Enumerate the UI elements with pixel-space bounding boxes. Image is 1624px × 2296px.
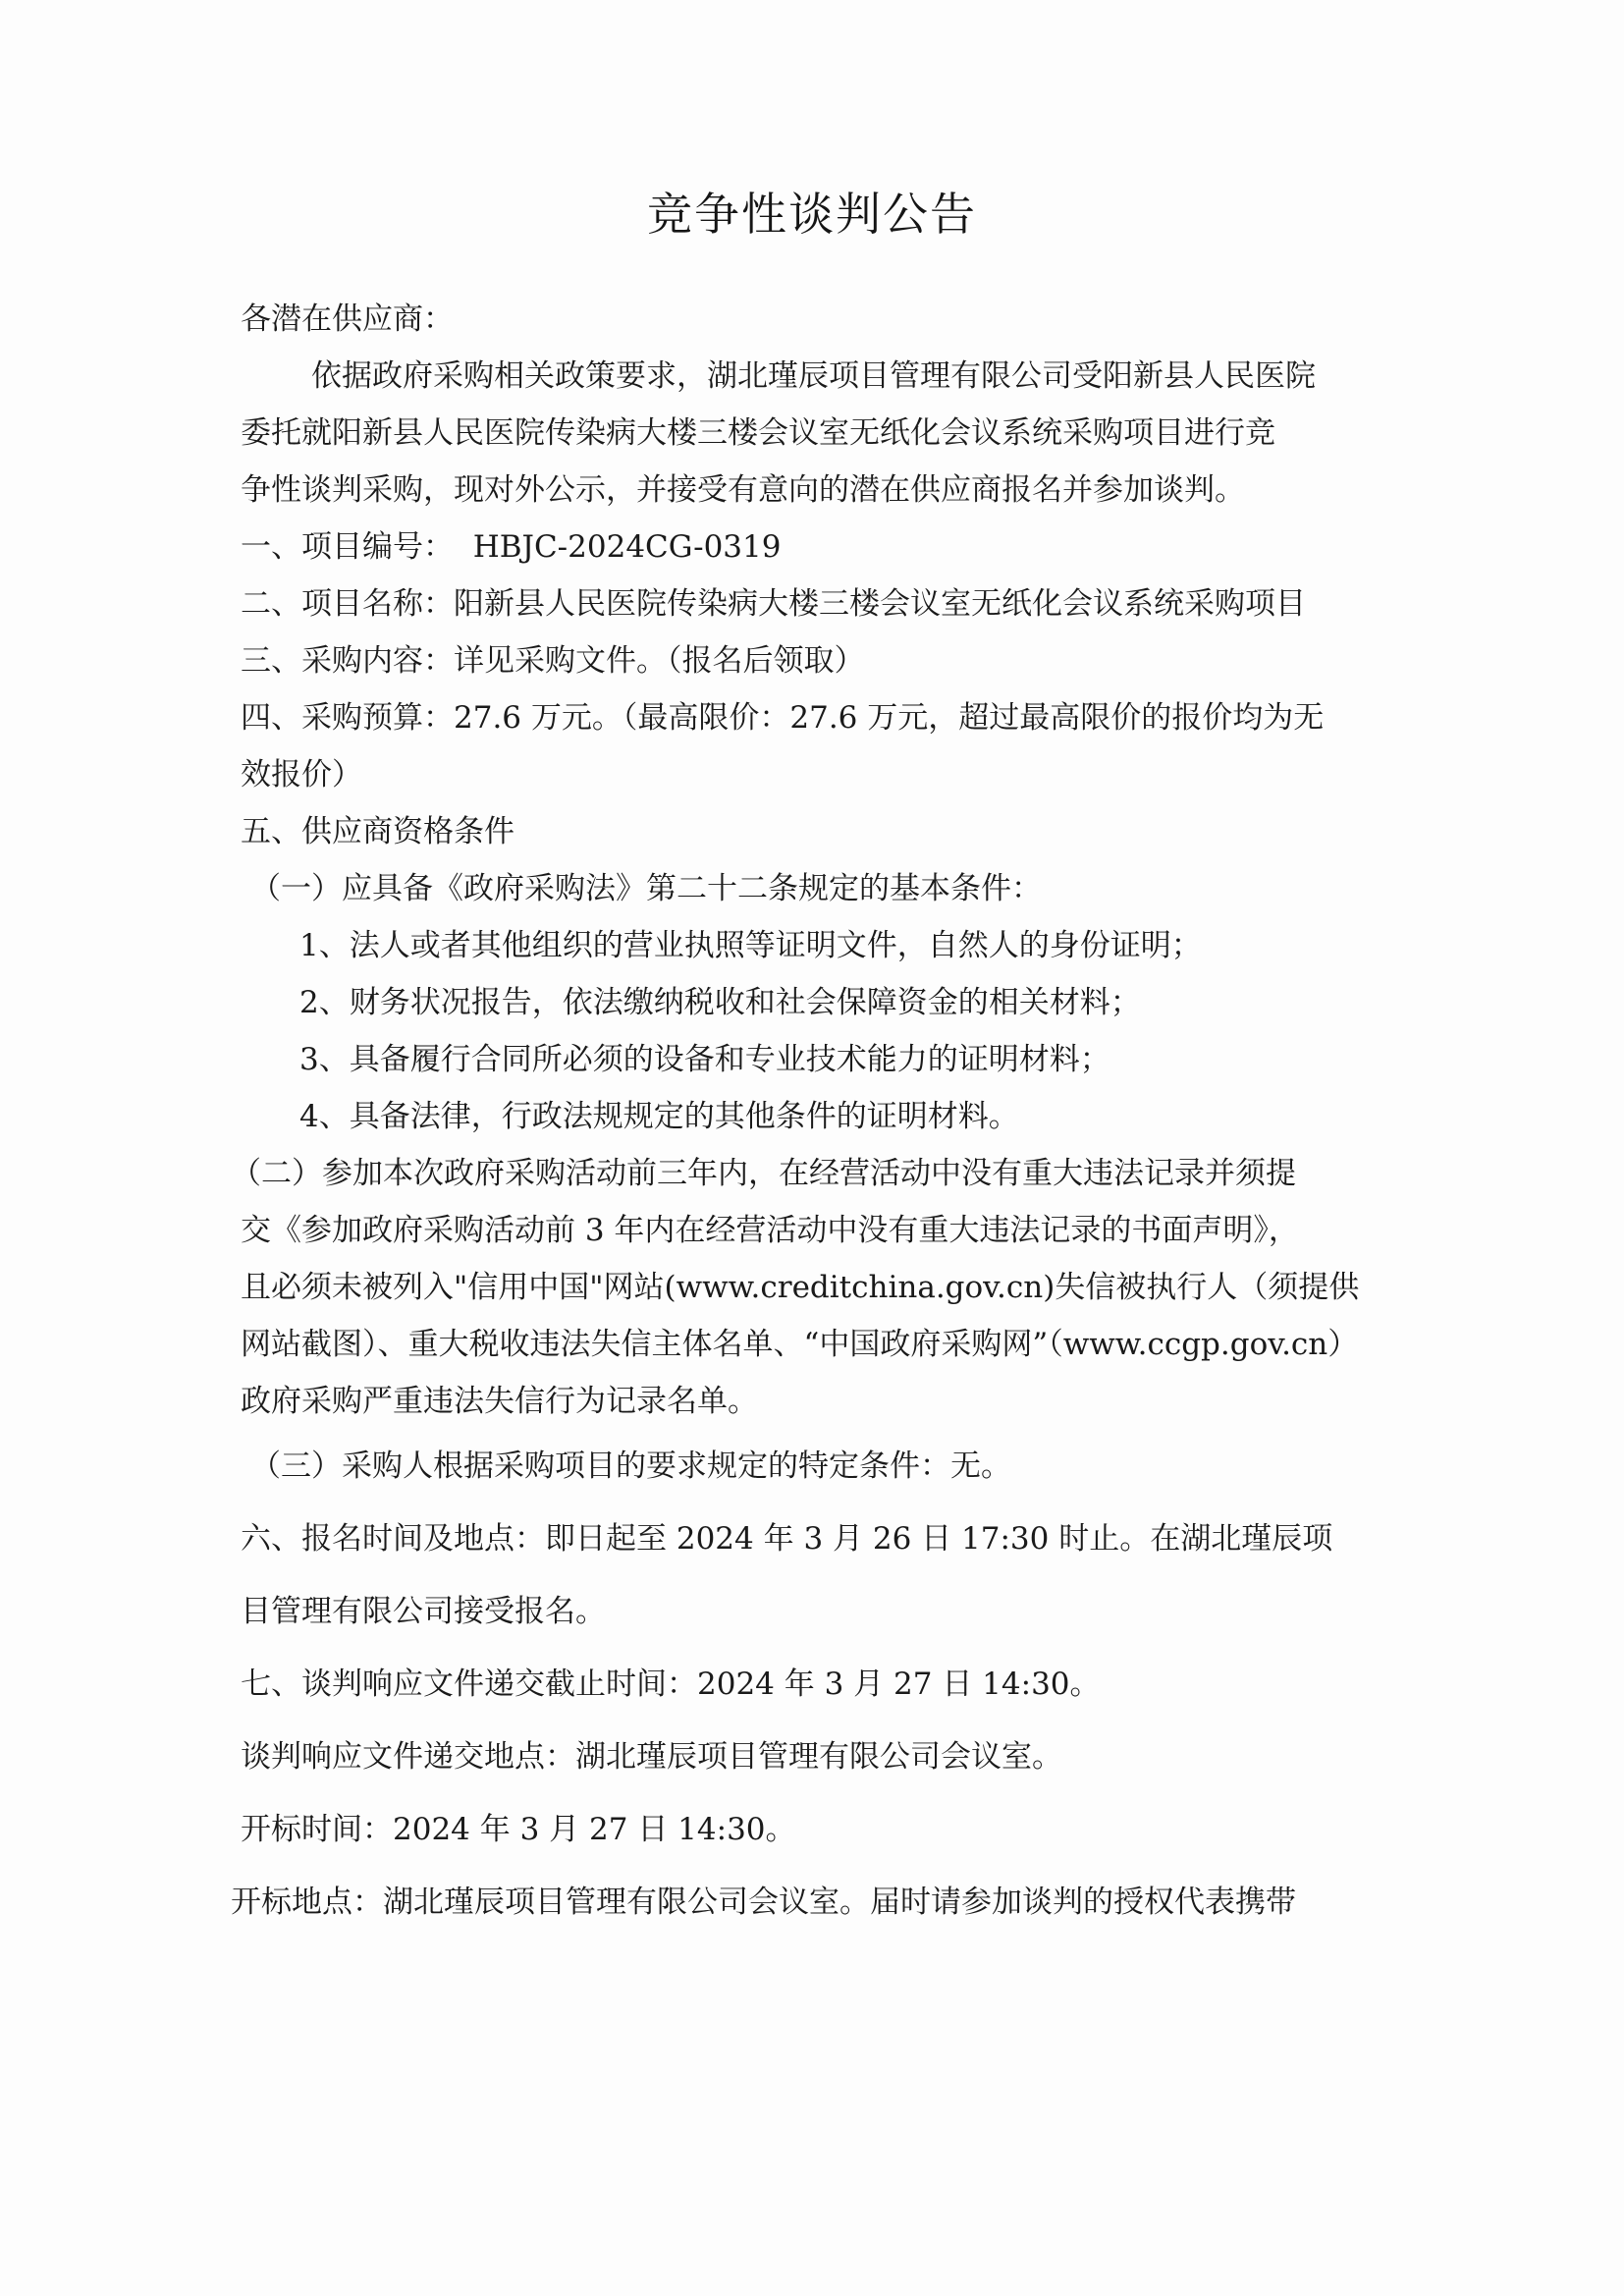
qualification-sub2-line: 且必须未被列入"信用中国"网站(www.creditchina.gov.cn)失… bbox=[241, 1259, 1380, 1316]
intro-line: 委托就阳新县人民医院传染病大楼三楼会议室无纸化会议系统采购项目进行竞 bbox=[241, 405, 1380, 462]
procurement-budget: 四、采购预算：27.6 万元。（最高限价：27.6 万元，超过最高限价的报价均为… bbox=[241, 689, 1380, 803]
project-name-value: 阳新县人民医院传染病大楼三楼会议室无纸化会议系统采购项目 bbox=[454, 586, 1306, 622]
project-number-value: HBJC-2024CG-0319 bbox=[473, 529, 782, 565]
document-page: 竞争性谈判公告 各潜在供应商： 依据政府采购相关政策要求，湖北瑾辰项目管理有限公… bbox=[0, 0, 1624, 2296]
qualification-item: 1、法人或者其他组织的营业执照等证明文件，自然人的身份证明； bbox=[241, 917, 1380, 974]
qualification-sub1-list: 1、法人或者其他组织的营业执照等证明文件，自然人的身份证明； 2、财务状况报告，… bbox=[241, 917, 1380, 1145]
document-title: 竞争性谈判公告 bbox=[0, 179, 1624, 244]
qualification-item: 3、具备履行合同所必须的设备和专业技术能力的证明材料； bbox=[241, 1031, 1380, 1088]
intro-line: 争性谈判采购，现对外公示，并接受有意向的潜在供应商报名并参加谈判。 bbox=[241, 462, 1380, 519]
budget-line: 效报价） bbox=[241, 746, 1380, 803]
qualification-item: 4、具备法律，行政法规规定的其他条件的证明材料。 bbox=[241, 1088, 1380, 1145]
procurement-content-label: 三、采购内容： bbox=[241, 643, 454, 679]
registration-line: 六、报名时间及地点：即日起至 2024 年 3 月 26 日 17:30 时止。… bbox=[241, 1503, 1380, 1575]
procurement-content-value: 详见采购文件。（报名后领取） bbox=[454, 643, 865, 679]
qualification-sub2-line: （二）参加本次政府采购活动前三年内，在经营活动中没有重大违法记录并须提 bbox=[231, 1145, 1380, 1202]
intro-paragraph: 依据政府采购相关政策要求，湖北瑾辰项目管理有限公司受阳新县人民医院 委托就阳新县… bbox=[241, 348, 1380, 519]
qualification-sub1-heading: （一）应具备《政府采购法》第二十二条规定的基本条件： bbox=[241, 860, 1380, 917]
registration-line: 目管理有限公司接受报名。 bbox=[241, 1575, 1380, 1648]
qualification-item: 2、财务状况报告，依法缴纳税收和社会保障资金的相关材料； bbox=[241, 974, 1380, 1031]
document-body: 各潜在供应商： 依据政府采购相关政策要求，湖北瑾辰项目管理有限公司受阳新县人民医… bbox=[241, 291, 1380, 1939]
qualification-heading: 五、供应商资格条件 bbox=[241, 803, 1380, 860]
qualification-sub2-line: 政府采购严重违法失信行为记录名单。 bbox=[241, 1373, 1380, 1430]
submission-deadline: 七、谈判响应文件递交截止时间：2024 年 3 月 27 日 14:30。 bbox=[241, 1648, 1380, 1721]
project-number: 一、项目编号： HBJC-2024CG-0319 bbox=[241, 519, 1380, 575]
registration-info: 六、报名时间及地点：即日起至 2024 年 3 月 26 日 17:30 时止。… bbox=[241, 1503, 1380, 1648]
qualification-sub2-line: 交《参加政府采购活动前 3 年内在经营活动中没有重大违法记录的书面声明》， bbox=[241, 1202, 1380, 1259]
qualification-sub3: （三）采购人根据采购项目的要求规定的特定条件：无。 bbox=[241, 1430, 1380, 1503]
project-name: 二、项目名称：阳新县人民医院传染病大楼三楼会议室无纸化会议系统采购项目 bbox=[241, 575, 1380, 632]
qualification-sub2: （二）参加本次政府采购活动前三年内，在经营活动中没有重大违法记录并须提 交《参加… bbox=[241, 1145, 1380, 1430]
submission-info: 七、谈判响应文件递交截止时间：2024 年 3 月 27 日 14:30。 谈判… bbox=[241, 1648, 1380, 1939]
project-number-label: 一、项目编号： bbox=[241, 529, 454, 565]
opening-place: 开标地点：湖北瑾辰项目管理有限公司会议室。届时请参加谈判的授权代表携带 bbox=[231, 1866, 1380, 1939]
opening-time: 开标时间：2024 年 3 月 27 日 14:30。 bbox=[241, 1793, 1380, 1866]
procurement-content: 三、采购内容：详见采购文件。（报名后领取） bbox=[241, 632, 1380, 689]
budget-line: 四、采购预算：27.6 万元。（最高限价：27.6 万元，超过最高限价的报价均为… bbox=[241, 689, 1380, 746]
qualification-sub2-line: 网站截图）、重大税收违法失信主体名单、“中国政府采购网”（www.ccgp.go… bbox=[241, 1316, 1380, 1373]
intro-line: 依据政府采购相关政策要求，湖北瑾辰项目管理有限公司受阳新县人民医院 bbox=[241, 348, 1380, 405]
submission-location: 谈判响应文件递交地点：湖北瑾辰项目管理有限公司会议室。 bbox=[241, 1721, 1380, 1793]
project-name-label: 二、项目名称： bbox=[241, 586, 454, 622]
salutation: 各潜在供应商： bbox=[241, 291, 1380, 348]
